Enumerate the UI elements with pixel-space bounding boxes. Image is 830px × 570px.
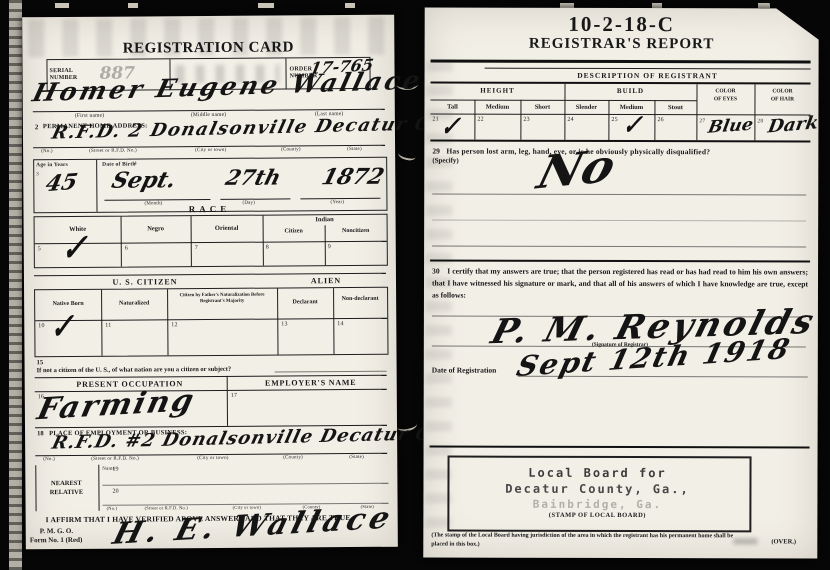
dob-day: 27th — [224, 166, 284, 187]
citizen-num-14: 14 — [337, 321, 343, 327]
race-num-9: 9 — [328, 244, 331, 250]
height-col-medium: Medium — [474, 104, 520, 111]
film-mark — [258, 3, 274, 8]
citizen-num-11: 11 — [105, 323, 111, 329]
divider — [485, 68, 811, 70]
first-name-label: (First name) — [75, 113, 104, 119]
addr-sublabel: (City or town) — [195, 148, 226, 153]
form-code: 10-2-18-C — [425, 11, 819, 37]
height-num-21: 21 — [432, 117, 438, 123]
race-indian-header: Indian — [263, 216, 387, 224]
alien-col-declarant: Declarant — [277, 299, 333, 305]
blank-line — [432, 220, 806, 222]
film-mark — [345, 3, 355, 8]
q29-specify-label: (Specify) — [432, 157, 458, 165]
place-sublabel: (No.) — [43, 457, 55, 462]
q15-number: 15 — [37, 359, 44, 366]
height-header: HEIGHT — [430, 87, 564, 95]
race-num-5: 5 — [38, 246, 41, 252]
relative-name-number: 19 — [112, 467, 118, 473]
place-sublabel: (Street or R.F.D. No.) — [91, 457, 139, 462]
race-col-oriental: Oriental — [191, 225, 263, 233]
stamp-line-3: Bainbridge, Ga. — [449, 498, 745, 512]
q15-text: If not a citizen of the U. S., of what n… — [37, 365, 317, 374]
hair-header-line2: OF HAIR — [771, 97, 794, 103]
citizen-col-native: Native Born — [35, 301, 101, 307]
race-num-7: 7 — [195, 245, 198, 251]
citizen-num-13: 13 — [281, 321, 287, 327]
height-col-short: Short — [520, 104, 564, 111]
registration-card: REGISTRATION CARD SERIAL NUMBER 887 ORDE… — [22, 15, 398, 550]
build-col-stout: Stout — [654, 104, 696, 111]
alien-header: ALIEN — [266, 276, 386, 286]
divider — [608, 100, 609, 140]
eyes-header-line1: COLOR — [715, 88, 735, 94]
build-num-26: 26 — [657, 117, 663, 123]
dob-month: Sept. — [109, 169, 178, 191]
citizen-header: U. S. CITIZEN — [34, 277, 256, 288]
build-header: BUILD — [564, 87, 696, 95]
divider — [277, 289, 278, 355]
citizen-col-naturalized: Naturalized — [101, 300, 167, 306]
form-number-label: Form No. 1 (Red) — [30, 536, 83, 544]
race-num-8: 8 — [266, 245, 269, 251]
height-tall-checkmark: ✓ — [439, 110, 461, 142]
relative-address-number: 20 — [112, 489, 118, 495]
dob-year: 1872 — [319, 166, 386, 188]
rel-sublabel: (Street or R.F.D. No.) — [145, 505, 188, 510]
stamp-line-1: Local Board for — [449, 466, 745, 481]
stamp-of-local-board-label: (STAMP OF LOCAL BOARD) — [449, 512, 745, 520]
divider — [101, 290, 102, 356]
film-edge-strip — [9, 0, 22, 570]
citizen-num-12: 12 — [171, 322, 177, 328]
heavy-rule — [431, 60, 811, 64]
build-num-25: 25 — [611, 117, 617, 123]
nearest-relative-label: NEAREST RELATIVE — [36, 479, 96, 498]
heavy-rule — [430, 260, 810, 263]
divider — [520, 100, 521, 140]
divider — [474, 100, 475, 140]
middle-name-label: (Middle name) — [191, 112, 226, 118]
date-of-registration-label: Date of Registration — [432, 366, 497, 375]
race-col-citizen: Citizen — [263, 228, 325, 234]
race-white-checkmark: ✓ — [60, 226, 87, 270]
alien-col-nondeclarant: Non-declarant — [333, 296, 387, 304]
race-num-6: 6 — [125, 246, 128, 252]
divider — [35, 318, 387, 321]
addr-sublabel: (State) — [347, 147, 362, 152]
film-mark — [55, 3, 69, 8]
height-col-tall: Tall — [430, 104, 474, 111]
registrant-signature: H. E. Wallace — [110, 504, 397, 550]
place-number: 18 — [37, 430, 44, 437]
ink-overflow-mark — [397, 148, 417, 162]
citizen-num-10: 10 — [38, 323, 44, 329]
heavy-rule — [430, 445, 810, 448]
height-num-22: 22 — [477, 117, 483, 123]
report-title: REGISTRAR'S REPORT — [425, 35, 819, 53]
age-value: 45 — [44, 171, 80, 195]
place-sublabel: (City or town) — [197, 456, 228, 461]
divider — [654, 100, 655, 140]
citizen-table: Native Born Naturalized Citizen by Fathe… — [34, 287, 388, 357]
divider — [564, 84, 565, 140]
employer-number: 17 — [231, 393, 237, 399]
hair-number: 28 — [757, 118, 763, 124]
pmgo-label: P. M. G. O. — [40, 527, 73, 535]
eyes-number: 27 — [699, 118, 705, 124]
divider — [696, 84, 697, 140]
q15-line — [275, 371, 387, 373]
hair-header-line1: COLOR — [772, 88, 792, 94]
local-board-stamp-box: Local Board for Decatur County, Ga., Bai… — [447, 456, 751, 533]
home-address-value: R.F.D. 2 Donalsonville Decatur Ga. — [50, 115, 455, 143]
hair-value: Dark — [766, 114, 819, 136]
citizen-col-father: Citizen by Father's Naturalization Befor… — [169, 293, 275, 307]
film-mark — [128, 3, 138, 8]
eyes-header: COLOR OF EYES — [696, 87, 754, 104]
eyes-header-line2: OF EYES — [714, 96, 737, 102]
build-medium-checkmark: ✓ — [621, 108, 643, 140]
description-table: HEIGHT BUILD COLOR OF EYES COLOR OF HAIR… — [430, 84, 810, 141]
addr-sublabel: (County) — [281, 147, 301, 152]
race-table: White Negro Oriental Indian Citizen Nonc… — [34, 214, 388, 268]
place-sublabel: (County) — [283, 455, 303, 460]
q29-text: Has person lost arm, leg, hand, eye, or … — [446, 147, 802, 157]
microfilm-scan: REGISTRATION CARD SERIAL NUMBER 887 ORDE… — [0, 0, 830, 570]
stamp-line-2: Decatur County, Ga., — [449, 482, 745, 497]
home-address-number: 2 — [35, 123, 39, 131]
age-field-number: 3 — [36, 172, 39, 177]
divider — [754, 84, 755, 140]
race-col-negro: Negro — [121, 225, 191, 232]
divider — [430, 100, 696, 102]
occupation-value: Farming — [34, 386, 198, 425]
native-born-checkmark: ✓ — [49, 307, 75, 348]
film-mark — [758, 3, 770, 8]
q30-text: I certify that my answers are true; that… — [432, 267, 808, 300]
rel-sublabel: (No.) — [107, 506, 118, 511]
dob-field-number: 4 — [134, 162, 137, 167]
q29-number: 29 — [432, 147, 440, 156]
addr-sublabel: (No.) — [41, 149, 53, 154]
q30-paragraph: 30 I certify that my answers are true; t… — [432, 266, 808, 302]
stamp-instructions: (The stamp of the Local Board having jur… — [431, 532, 743, 551]
over-label: (OVER.) — [771, 538, 796, 545]
addr-sublabel: (Street or R.F.D. No.) — [89, 149, 137, 154]
blank-line — [432, 246, 806, 248]
eyes-value: Blue — [707, 117, 755, 137]
height-num-23: 23 — [523, 117, 529, 123]
divider — [227, 376, 228, 426]
blank-line — [432, 194, 806, 196]
q30-number: 30 — [432, 267, 440, 276]
card-title: REGISTRATION CARD — [22, 39, 394, 59]
description-header: DESCRIPTION OF REGISTRANT — [485, 71, 811, 81]
age-label: Age in Years — [36, 162, 68, 168]
build-num-24: 24 — [567, 117, 573, 123]
registrars-report-card: 10-2-18-C REGISTRAR'S REPORT DESCRIPTION… — [423, 7, 818, 558]
q29-answer: No — [533, 142, 620, 195]
divider — [98, 465, 99, 511]
place-sublabel: (State) — [349, 455, 364, 460]
relative-name-line — [102, 483, 388, 486]
employer-header: EMPLOYER'S NAME — [235, 378, 387, 388]
hair-header: COLOR OF HAIR — [754, 87, 810, 104]
build-col-slender: Slender — [564, 104, 608, 111]
race-col-noncitizen: Noncitizen — [325, 228, 387, 234]
